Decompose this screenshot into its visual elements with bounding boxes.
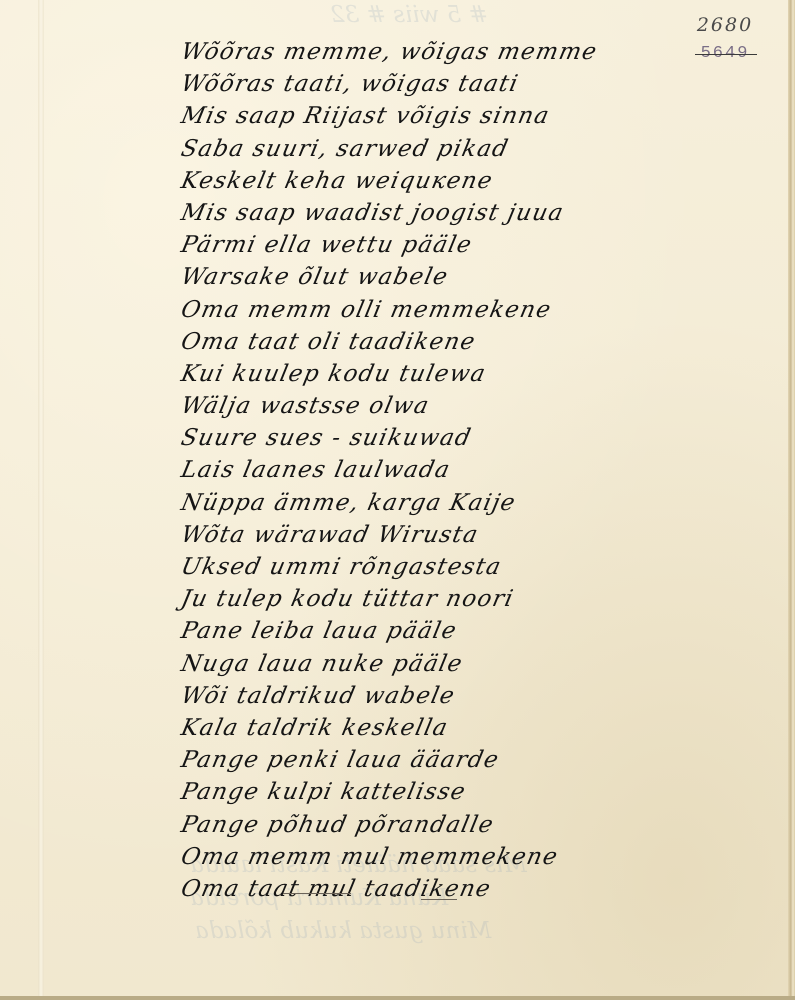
poem-line: Wõta wärawad Wirusta: [178, 519, 685, 551]
poem-line: Wõõras taati, wõigas taati: [178, 68, 685, 100]
binding-strip: [38, 0, 44, 1000]
poem-line: Nüppa ämme, karga Kaije: [178, 487, 685, 519]
poem-line: Saba suuri, sarwed pikad: [178, 133, 685, 165]
poem-line: Pange põhud põrandalle: [178, 809, 685, 841]
end-dash: [283, 893, 351, 894]
bleed-through-line: # 5 wiis # 32: [330, 2, 488, 28]
archive-numbers: 2680 5649: [680, 14, 770, 63]
poem-line: Wälja wastsse olwa: [178, 390, 685, 422]
poem-line: Oma taat oli taadikene: [178, 326, 685, 358]
poem-line: Pärmi ella wettu pääle: [178, 229, 685, 261]
poem-line: Kala taldrik keskella: [178, 712, 685, 744]
poem-line: Wõõras memme, wõigas memme: [178, 36, 685, 68]
poem-line: Mis saap waadist joogist juua: [178, 197, 685, 229]
end-dot: [393, 894, 396, 897]
poem-line: Pane leiba lauа pääle: [178, 615, 685, 647]
page-edge-bottom: [0, 996, 795, 1000]
poem-line: Suure sues - suikuwad: [178, 422, 685, 454]
poem-line: Mis saap Riijast võigis sinna: [178, 100, 685, 132]
archive-number-current: 2680: [680, 14, 770, 36]
poem-line: Warsake õlut wabele: [178, 261, 685, 293]
poem-line: Kui kuulep kodu tulewa: [178, 358, 685, 390]
poem-line: Uksed ummi rõngastesta: [178, 551, 685, 583]
poem-line: Lais laanes laulwada: [178, 454, 685, 486]
poem-line: Pange penki lauа ääarde: [178, 744, 685, 776]
bleed-through-line: Minu gusta kukub kõlada: [195, 918, 491, 944]
poem-line: Ju tulep kodu tüttar noori: [178, 583, 685, 615]
poem-line: Oma memm olli memmekene: [178, 294, 685, 326]
poem-line: Oma memm mul memmekene: [178, 841, 685, 873]
manuscript-page: # 5 wiis # 32 Mis saad hääleti Kästi lau…: [0, 0, 795, 1000]
page-edge-right: [788, 0, 795, 1000]
end-of-text-marks: [283, 893, 603, 903]
poem-line: Keskelt keha weiquкene: [178, 165, 685, 197]
poem-line: Pange kulpi kattelisse: [178, 776, 685, 808]
poem-text: Wõõras memme, wõigas memme Wõõras taati,…: [178, 36, 678, 905]
archive-number-old: 5649: [701, 44, 750, 63]
poem-line: Wõi taldrikud wabele: [178, 680, 685, 712]
poem-line: Nuga lauа nuke pääle: [178, 648, 685, 680]
end-dash: [421, 899, 457, 900]
